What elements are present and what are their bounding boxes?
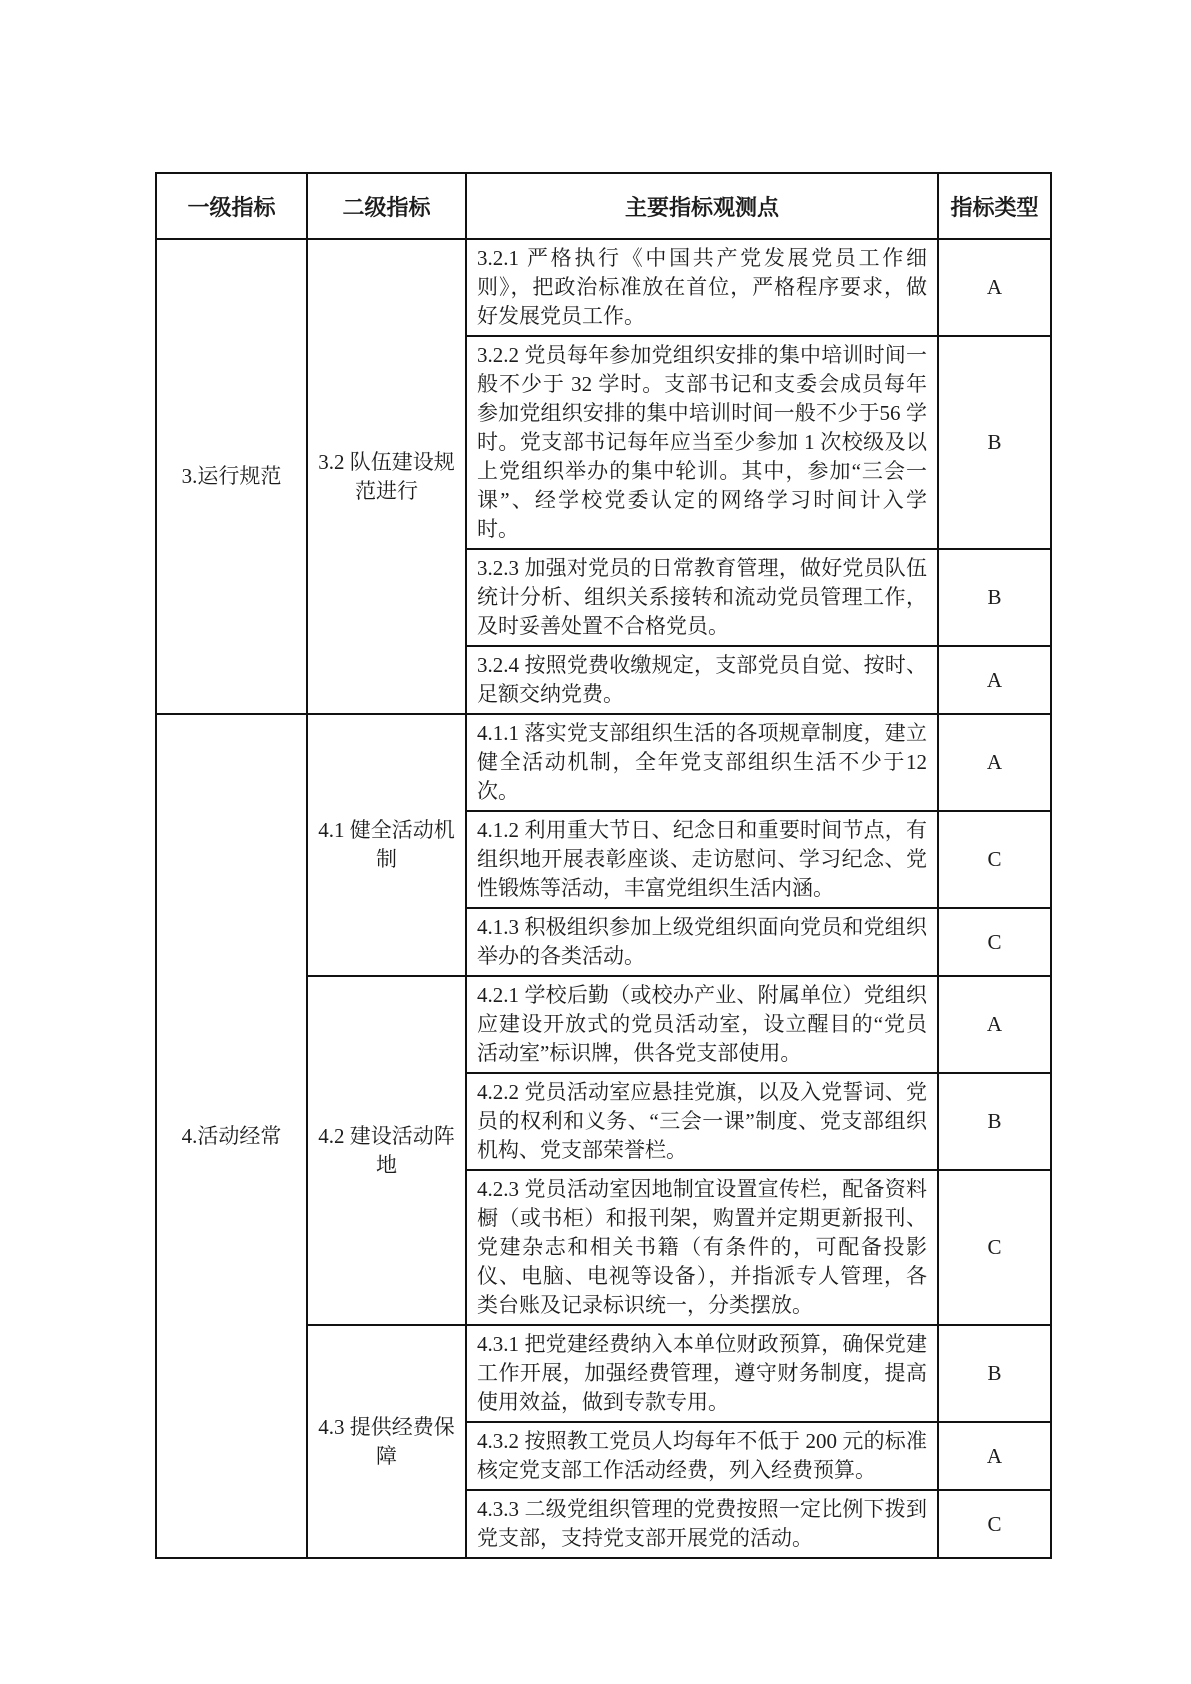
table-row: 3.运行规范 3.2 队伍建设规范进行 3.2.1 严格执行《中国共产党发展党员… [156, 239, 1051, 336]
header-row: 一级指标 二级指标 主要指标观测点 指标类型 [156, 173, 1051, 239]
type-cell: A [938, 976, 1051, 1073]
type-cell: C [938, 811, 1051, 908]
observation-cell: 3.2.4 按照党费收缴规定，支部党员自觉、按时、足额交纳党费。 [466, 646, 938, 714]
level2-indicator-cell: 4.3 提供经费保障 [307, 1325, 466, 1558]
type-cell: B [938, 549, 1051, 646]
observation-cell: 4.1.3 积极组织参加上级党组织面向党员和党组织举办的各类活动。 [466, 908, 938, 976]
level2-indicator-cell: 4.2 建设活动阵地 [307, 976, 466, 1325]
observation-cell: 4.2.2 党员活动室应悬挂党旗，以及入党誓词、党员的权利和义务、“三会一课”制… [466, 1073, 938, 1170]
level1-indicator-cell: 3.运行规范 [156, 239, 307, 714]
observation-cell: 4.3.3 二级党组织管理的党费按照一定比例下拨到党支部，支持党支部开展党的活动… [466, 1490, 938, 1558]
observation-cell: 4.1.1 落实党支部组织生活的各项规章制度，建立健全活动机制，全年党支部组织生… [466, 714, 938, 811]
observation-cell: 4.2.1 学校后勤（或校办产业、附属单位）党组织应建设开放式的党员活动室，设立… [466, 976, 938, 1073]
indicator-table: 一级指标 二级指标 主要指标观测点 指标类型 3.运行规范 3.2 队伍建设规范… [155, 172, 1052, 1559]
type-cell: A [938, 714, 1051, 811]
type-cell: A [938, 239, 1051, 336]
table-row: 4.活动经常 4.1 健全活动机制 4.1.1 落实党支部组织生活的各项规章制度… [156, 714, 1051, 811]
type-cell: B [938, 336, 1051, 549]
observation-cell: 3.2.1 严格执行《中国共产党发展党员工作细则》，把政治标准放在首位，严格程序… [466, 239, 938, 336]
observation-cell: 3.2.3 加强对党员的日常教育管理，做好党员队伍统计分析、组织关系接转和流动党… [466, 549, 938, 646]
observation-cell: 4.1.2 利用重大节日、纪念日和重要时间节点，有组织地开展表彰座谈、走访慰问、… [466, 811, 938, 908]
type-cell: A [938, 646, 1051, 714]
document-page: 一级指标 二级指标 主要指标观测点 指标类型 3.运行规范 3.2 队伍建设规范… [0, 0, 1191, 1684]
observation-cell: 4.2.3 党员活动室因地制宜设置宣传栏，配备资料橱（或书柜）和报刊架，购置并定… [466, 1170, 938, 1325]
level1-indicator-cell: 4.活动经常 [156, 714, 307, 1558]
type-cell: C [938, 908, 1051, 976]
header-level1-indicator: 一级指标 [156, 173, 307, 239]
type-cell: A [938, 1422, 1051, 1490]
observation-cell: 3.2.2 党员每年参加党组织安排的集中培训时间一般不少于 32 学时。支部书记… [466, 336, 938, 549]
type-cell: B [938, 1073, 1051, 1170]
level2-indicator-cell: 4.1 健全活动机制 [307, 714, 466, 976]
header-observation-points: 主要指标观测点 [466, 173, 938, 239]
type-cell: C [938, 1170, 1051, 1325]
header-indicator-type: 指标类型 [938, 173, 1051, 239]
level2-indicator-cell: 3.2 队伍建设规范进行 [307, 239, 466, 714]
observation-cell: 4.3.2 按照教工党员人均每年不低于 200 元的标准核定党支部工作活动经费，… [466, 1422, 938, 1490]
header-level2-indicator: 二级指标 [307, 173, 466, 239]
type-cell: C [938, 1490, 1051, 1558]
observation-cell: 4.3.1 把党建经费纳入本单位财政预算，确保党建工作开展，加强经费管理，遵守财… [466, 1325, 938, 1422]
type-cell: B [938, 1325, 1051, 1422]
